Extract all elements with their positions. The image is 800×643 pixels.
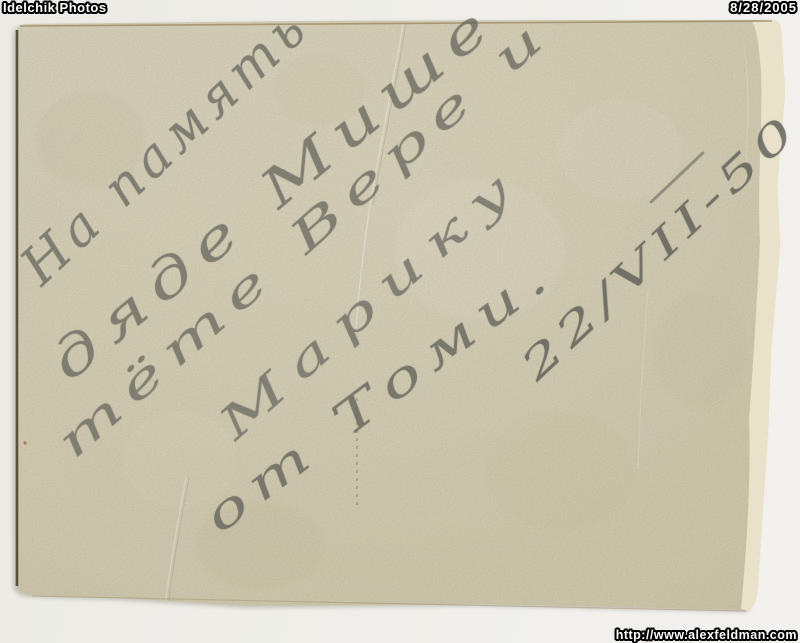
watermark-date: 8/28/2005 [730, 0, 797, 15]
scanned-photo-page: На память дяде Мише тёте Вере и Марику о… [0, 0, 800, 643]
watermark-site-name: Idelchik Photos [3, 0, 107, 15]
watermark-url: http://www.alexfeldman.com [616, 628, 797, 642]
